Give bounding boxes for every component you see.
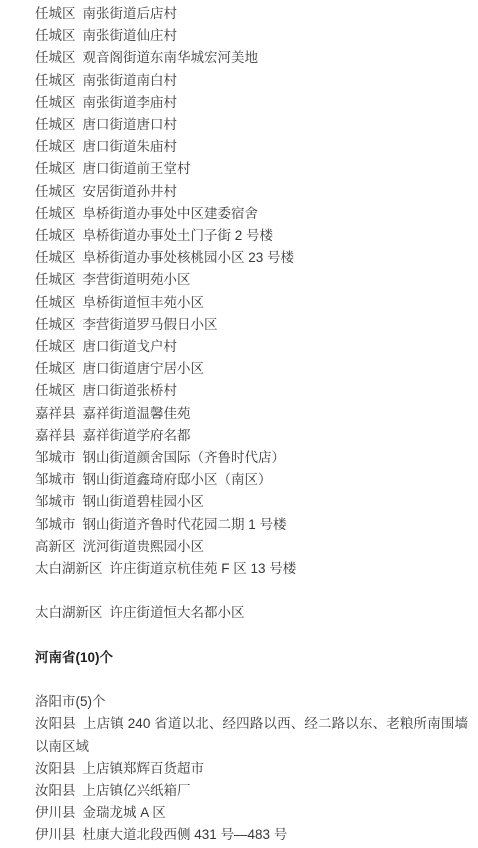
list-entry: 汝阳县上店镇亿兴纸箱厂 — [35, 780, 468, 802]
entry-detail: 唐口街道张桥村 — [83, 383, 178, 398]
entry-detail: 唐口街道前王堂村 — [83, 161, 191, 176]
city-subheading: 洛阳市(5)个 — [35, 691, 468, 713]
entry-detail: 洸河街道贵熙园小区 — [83, 539, 205, 554]
entry-detail: 南张街道后店村 — [83, 6, 178, 21]
entry-region: 任城区 — [35, 361, 76, 376]
entry-detail: 杜康大道北段西侧 431 号—483 号 — [83, 827, 288, 842]
list-entry: 任城区唐口街道朱庙村 — [35, 136, 468, 158]
list-entry: 太白湖新区许庄街道京杭佳苑 F 区 13 号楼 — [35, 558, 468, 580]
entry-detail: 南张街道南白村 — [83, 73, 178, 88]
entry-region: 任城区 — [35, 295, 76, 310]
entry-region: 任城区 — [35, 228, 76, 243]
entry-detail: 观音阁街道东南华城宏河美地 — [83, 50, 259, 65]
list-entry: 邹城市钢山街道碧桂园小区 — [35, 491, 468, 513]
entry-region: 伊川县 — [35, 805, 76, 820]
entry-detail: 唐口街道戈户村 — [83, 339, 178, 354]
list-entry: 邹城市钢山街道颜舍国际（齐鲁时代店） — [35, 447, 468, 469]
entry-region: 任城区 — [35, 383, 76, 398]
entry-region: 太白湖新区 — [35, 605, 103, 620]
entry-detail: 李营街道明苑小区 — [83, 272, 191, 287]
entry-detail: 上店镇亿兴纸箱厂 — [83, 783, 191, 798]
entry-region: 太白湖新区 — [35, 561, 103, 576]
list-entry: 任城区南张街道李庙村 — [35, 92, 468, 114]
entry-region: 邹城市 — [35, 517, 76, 532]
entry-region: 伊川县 — [35, 827, 76, 842]
entry-detail: 阜桥街道办事处土门子街 2 号楼 — [83, 228, 274, 243]
entry-region: 任城区 — [35, 339, 76, 354]
entry-detail: 钢山街道齐鲁时代花园二期 1 号楼 — [83, 517, 287, 532]
entry-detail: 唐口街道唐宁居小区 — [83, 361, 205, 376]
entry-detail: 安居街道孙井村 — [83, 184, 178, 199]
entry-region: 嘉祥县 — [35, 406, 76, 421]
list-entry: 任城区唐口街道唐宁居小区 — [35, 358, 468, 380]
entry-region: 任城区 — [35, 184, 76, 199]
list-entry: 邹城市钢山街道齐鲁时代花园二期 1 号楼 — [35, 514, 468, 536]
entry-detail: 嘉祥街道温馨佳苑 — [83, 406, 191, 421]
list-entry: 任城区阜桥街道办事处核桃园小区 23 号楼 — [35, 247, 468, 269]
entry-detail: 唐口街道唐口村 — [83, 117, 178, 132]
entry-region: 任城区 — [35, 73, 76, 88]
entry-detail: 李营街道罗马假日小区 — [83, 317, 218, 332]
entry-region: 汝阳县 — [35, 716, 76, 731]
list-entry: 任城区阜桥街道办事处土门子街 2 号楼 — [35, 225, 468, 247]
list-entry: 太白湖新区许庄街道恒大名都小区 — [35, 602, 468, 624]
entry-region: 邹城市 — [35, 472, 76, 487]
entry-detail: 上店镇 240 省道以北、经四路以西、经二路以东、老粮所南围墙以南区域 — [35, 716, 468, 753]
list-entry: 邹城市钢山街道鑫琦府邸小区（南区） — [35, 469, 468, 491]
entry-region: 任城区 — [35, 139, 76, 154]
entry-region: 任城区 — [35, 250, 76, 265]
document-body: 任城区南张街道后店村任城区南张街道仙庄村任城区观音阁街道东南华城宏河美地任城区南… — [0, 0, 478, 847]
entry-region: 任城区 — [35, 6, 76, 21]
entry-region: 任城区 — [35, 28, 76, 43]
entry-region: 任城区 — [35, 272, 76, 287]
list-entry: 嘉祥县嘉祥街道学府名都 — [35, 425, 468, 447]
blank-line — [35, 580, 468, 602]
entry-detail: 钢山街道颜舍国际（齐鲁时代店） — [83, 450, 286, 465]
entry-region: 任城区 — [35, 206, 76, 221]
entry-region: 任城区 — [35, 50, 76, 65]
list-entry: 任城区阜桥街道恒丰苑小区 — [35, 292, 468, 314]
entry-detail: 许庄街道京杭佳苑 F 区 13 号楼 — [110, 561, 297, 576]
province-heading: 河南省(10)个 — [35, 647, 468, 669]
list-entry: 汝阳县上店镇郑辉百货超市 — [35, 758, 468, 780]
list-entry: 汝阳县上店镇 240 省道以北、经四路以西、经二路以东、老粮所南围墙以南区域 — [35, 713, 468, 757]
entry-detail: 阜桥街道办事处核桃园小区 23 号楼 — [83, 250, 295, 265]
blank-line — [35, 669, 468, 691]
list-entry: 任城区观音阁街道东南华城宏河美地 — [35, 47, 468, 69]
entry-detail: 金瑞龙城 A 区 — [83, 805, 166, 820]
list-entry: 任城区安居街道孙井村 — [35, 181, 468, 203]
list-entry: 任城区唐口街道张桥村 — [35, 380, 468, 402]
entry-region: 邹城市 — [35, 450, 76, 465]
list-entry: 任城区唐口街道唐口村 — [35, 114, 468, 136]
entry-region: 任城区 — [35, 317, 76, 332]
entry-detail: 唐口街道朱庙村 — [83, 139, 178, 154]
list-entry: 任城区李营街道明苑小区 — [35, 269, 468, 291]
list-entry: 任城区南张街道南白村 — [35, 70, 468, 92]
entry-detail: 钢山街道鑫琦府邸小区（南区） — [83, 472, 272, 487]
list-entry: 任城区阜桥街道办事处中区建委宿舍 — [35, 203, 468, 225]
list-entry: 任城区南张街道后店村 — [35, 3, 468, 25]
list-entry: 任城区南张街道仙庄村 — [35, 25, 468, 47]
entry-region: 任城区 — [35, 95, 76, 110]
list-entry: 嘉祥县嘉祥街道温馨佳苑 — [35, 403, 468, 425]
entry-detail: 上店镇郑辉百货超市 — [83, 761, 205, 776]
entry-region: 嘉祥县 — [35, 428, 76, 443]
entry-detail: 阜桥街道办事处中区建委宿舍 — [83, 206, 259, 221]
list-entry: 高新区洸河街道贵熙园小区 — [35, 536, 468, 558]
entry-detail: 南张街道仙庄村 — [83, 28, 178, 43]
entry-region: 汝阳县 — [35, 783, 76, 798]
entry-detail: 钢山街道碧桂园小区 — [83, 494, 205, 509]
entry-region: 邹城市 — [35, 494, 76, 509]
entry-region: 汝阳县 — [35, 761, 76, 776]
list-entry: 伊川县杜康大道北段西侧 431 号—483 号 — [35, 824, 468, 846]
entry-detail: 许庄街道恒大名都小区 — [110, 605, 245, 620]
list-entry: 任城区唐口街道戈户村 — [35, 336, 468, 358]
blank-line — [35, 625, 468, 647]
entry-detail: 嘉祥街道学府名都 — [83, 428, 191, 443]
entry-region: 任城区 — [35, 161, 76, 176]
entry-region: 高新区 — [35, 539, 76, 554]
entry-detail: 阜桥街道恒丰苑小区 — [83, 295, 205, 310]
list-entry: 任城区唐口街道前王堂村 — [35, 158, 468, 180]
list-entry: 任城区李营街道罗马假日小区 — [35, 314, 468, 336]
list-entry: 伊川县金瑞龙城 A 区 — [35, 802, 468, 824]
entry-region: 任城区 — [35, 117, 76, 132]
entry-detail: 南张街道李庙村 — [83, 95, 178, 110]
